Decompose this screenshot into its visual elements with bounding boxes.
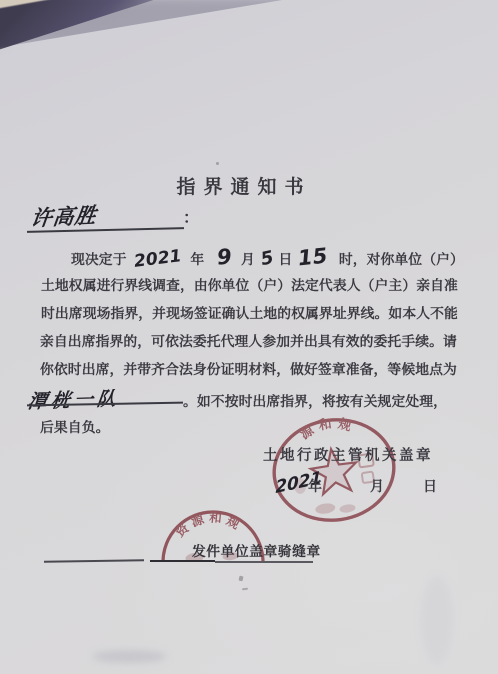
body-line-4: 亲自出席指界的，可依法委托代理人参加并出具有效的委托手续。请 [40, 330, 457, 350]
body-line-5: 你依时出席，并带齐合法身份证明材料，做好签章准备，等候地点为 [40, 358, 457, 378]
day-unit: 日 [278, 252, 292, 267]
body-line-1-post: 时，对你单位（户） [339, 252, 464, 267]
footer-month-unit: 月 [370, 476, 384, 496]
ink-speck [216, 162, 219, 165]
svg-text:源和规: 源和规 [296, 412, 360, 443]
body-line-3: 时出席现场指界，并现场签证确认土地的权属界址界线。如本人不能 [41, 302, 458, 322]
body-line-1: 现决定于2021年9月5日15时，对你单位（户） [71, 245, 464, 269]
recipient-name-handwritten: 许高胜 [29, 199, 99, 233]
paper-smudge [420, 575, 454, 665]
seam-seal-label: 发件单位盖章骑缝章 [192, 540, 321, 560]
hour-handwritten: 15 [297, 244, 329, 271]
seal-arc-text: 源和规 [296, 412, 360, 443]
authority-round-seal: 源和规 [262, 407, 410, 535]
page-seam-line [215, 561, 313, 563]
location-handwritten: 潭桄一队 [26, 383, 141, 414]
document-title: 指界通知书 [0, 172, 493, 199]
footer-day-unit: 日 [423, 476, 437, 496]
year-unit: 年 [190, 252, 204, 267]
year-handwritten: 2021 [133, 246, 183, 272]
page-seam-line [44, 559, 144, 562]
paper-smudge [92, 650, 167, 663]
photographed-document: 指界通知书 许高胜 ： 现决定于2021年9月5日15时，对你单位（户） 土地权… [0, 0, 498, 674]
month-unit: 月 [241, 252, 255, 267]
seal-smudge [315, 502, 336, 515]
body-line-7: 后果自负。 [40, 416, 109, 436]
footer-year-unit: 年 [308, 476, 322, 496]
seal-smudge [339, 503, 356, 513]
ink-speck [242, 588, 248, 591]
page-seam-line [150, 560, 215, 563]
authority-seal-label: 土地行政主管机关盖章 [263, 444, 433, 465]
day-handwritten: 5 [259, 247, 276, 270]
body-line-1-pre: 现决定于 [71, 252, 127, 267]
salutation-colon: ： [183, 205, 199, 228]
month-handwritten: 9 [216, 244, 233, 269]
body-line-2: 土地权属进行界线调查，由你单位（户）法定代表人（户主）亲自准 [41, 274, 458, 294]
ink-speck [239, 576, 244, 582]
